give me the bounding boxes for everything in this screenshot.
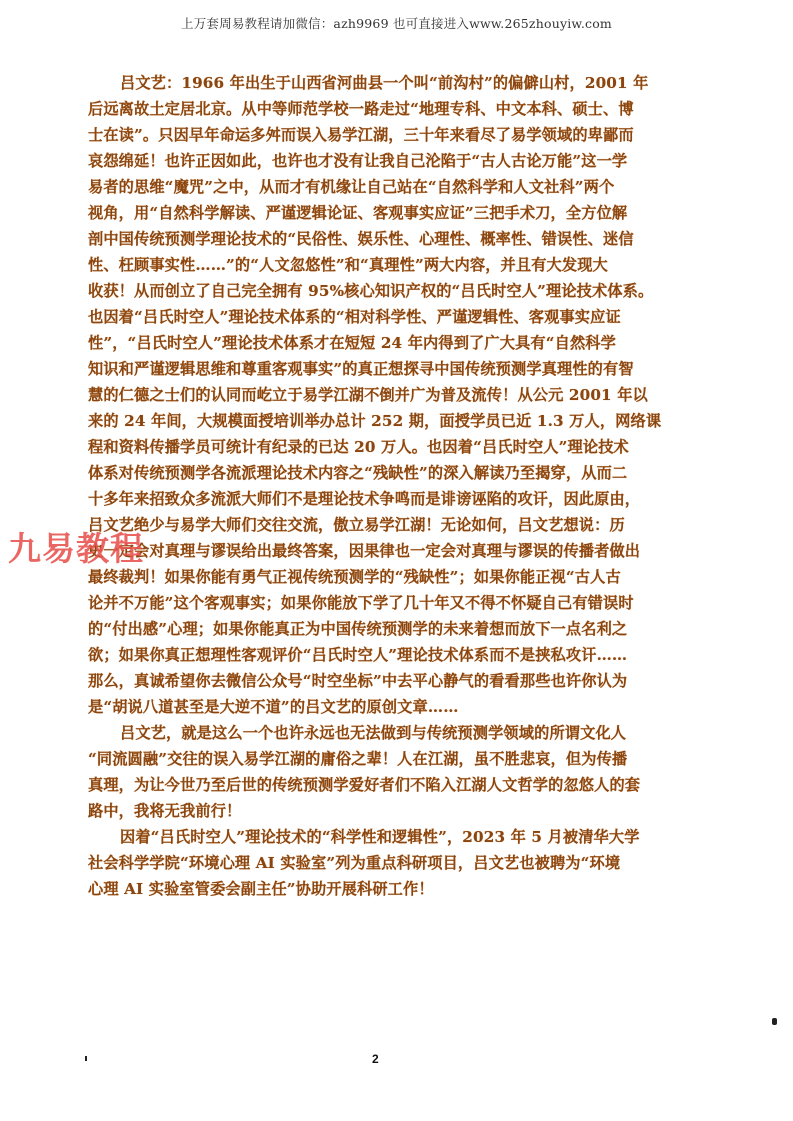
text-line: 慧的仁德之士们的认同而屹立于易学江湖不倒并广为普及流传！从公元 2001 年以 [88,382,672,408]
text-line: 易者的思维“魔咒”之中，从而才有机缘让自己站在“自然科学和人文社科”两个 [88,174,672,200]
text-line: 视角，用“自然科学解读、严谨逻辑论证、客观事实应证”三把手术刀，全方位解 [88,200,672,226]
page-number: 2 [372,1052,379,1066]
text-line: 程和资料传播学员可统计有纪录的已达 20 万人。也因着“吕氏时空人”理论技术 [88,434,672,460]
text-line: 论并不万能”这个客观事实；如果你能放下学了几十年又不得不怀疑自己有错误时 [88,590,672,616]
text-line: 收获！从而创立了自己完全拥有 95%核心知识产权的“吕氏时空人”理论技术体系。 [88,278,672,304]
text-line: 因着“吕氏时空人”理论技术的“科学性和逻辑性”，2023 年 5 月被清华大学 [88,824,672,850]
paragraph-biography: 吕文艺：1966 年出生于山西省河曲县一个叫“前沟村”的偏僻山村，2001 年 … [88,70,672,720]
scan-speck [85,1056,87,1061]
text-line: 是“胡说八道甚至是大逆不道”的吕文艺的原创文章…… [88,694,672,720]
text-line: 吕文艺，就是这么一个也许永远也无法做到与传统预测学领域的所谓文化人 [88,720,672,746]
text-line: 路中，我将无我前行！ [88,798,672,824]
text-line: 知识和严谨逻辑思维和尊重客观事实”的真正想探寻中国传统预测学真理性的有智 [88,356,672,382]
text-line: 性、枉顾事实性……”的“人文忽悠性”和“真理性”两大内容，并且有大发现大 [88,252,672,278]
text-line: 后远离故土定居北京。从中等师范学校一路走过“地理专科、中文本科、硕士、博 [88,96,672,122]
text-line: 欲；如果你真正想理性客观评价“吕氏时空人”理论技术体系而不是挟私攻讦…… [88,642,672,668]
paragraph-self-description: 吕文艺，就是这么一个也许永远也无法做到与传统预测学领域的所谓文化人 “同流圆融”… [88,720,672,824]
text-line: 吕文艺：1966 年出生于山西省河曲县一个叫“前沟村”的偏僻山村，2001 年 [88,70,672,96]
text-line: 吕文艺绝少与易学大师们交往交流，傲立易学江湖！无论如何，吕文艺想说：历 [88,512,672,538]
text-line: 剖中国传统预测学理论技术的“民俗性、娱乐性、心理性、概率性、错误性、迷信 [88,226,672,252]
text-line: 社会科学学院“环境心理 AI 实验室”列为重点科研项目，吕文艺也被聘为“环境 [88,850,672,876]
text-line: 来的 24 年间，大规模面授培训举办总计 252 期，面授学员已近 1.3 万人… [88,408,672,434]
text-line: 的“付出感”心理；如果你能真正为中国传统预测学的未来着想而放下一点名利之 [88,616,672,642]
text-line: 心理 AI 实验室管委会副主任”协助开展科研工作！ [88,876,672,902]
text-line: 十多年来招致众多流派大师们不是理论技术争鸣而是诽谤诬陷的攻讦，因此原由， [88,486,672,512]
scan-speck [772,1018,777,1025]
text-line: 士在读”。只因早年命运多舛而误入易学江湖，三十年来看尽了易学领域的卑鄙而 [88,122,672,148]
text-line: 那么，真诚希望你去微信公众号“时空坐标”中去平心静气的看看那些也许你认为 [88,668,672,694]
text-line: 史一定会对真理与谬误给出最终答案，因果律也一定会对真理与谬误的传播者做出 [88,538,672,564]
text-line: 哀怨绵延！也许正因如此，也许也才没有让我自己沦陷于“古人古论万能”这一学 [88,148,672,174]
text-line: 体系对传统预测学各流派理论技术内容之“残缺性”的深入解读乃至揭穿，从而二 [88,460,672,486]
text-line: “同流圆融”交往的误入易学江湖的庸俗之辈！人在江湖，虽不胜悲哀，但为传播 [88,746,672,772]
page-header-banner: 上万套周易教程请加微信：azh9969 也可直接进入www.265zhouyiw… [0,14,793,32]
text-line: 真理，为让今世乃至后世的传统预测学爱好者们不陷入江湖人文哲学的忽悠人的套 [88,772,672,798]
paragraph-tsinghua: 因着“吕氏时空人”理论技术的“科学性和逻辑性”，2023 年 5 月被清华大学 … [88,824,672,902]
text-line: 也因着“吕氏时空人”理论技术体系的“相对科学性、严谨逻辑性、客观事实应证 [88,304,672,330]
document-body: 吕文艺：1966 年出生于山西省河曲县一个叫“前沟村”的偏僻山村，2001 年 … [88,70,672,902]
watermark-logo: 九易教程 [8,523,144,570]
text-line: 性”，“吕氏时空人”理论技术体系才在短短 24 年内得到了广大具有“自然科学 [88,330,672,356]
text-line: 最终裁判！如果你能有勇气正视传统预测学的“残缺性”；如果你能正视“古人古 [88,564,672,590]
